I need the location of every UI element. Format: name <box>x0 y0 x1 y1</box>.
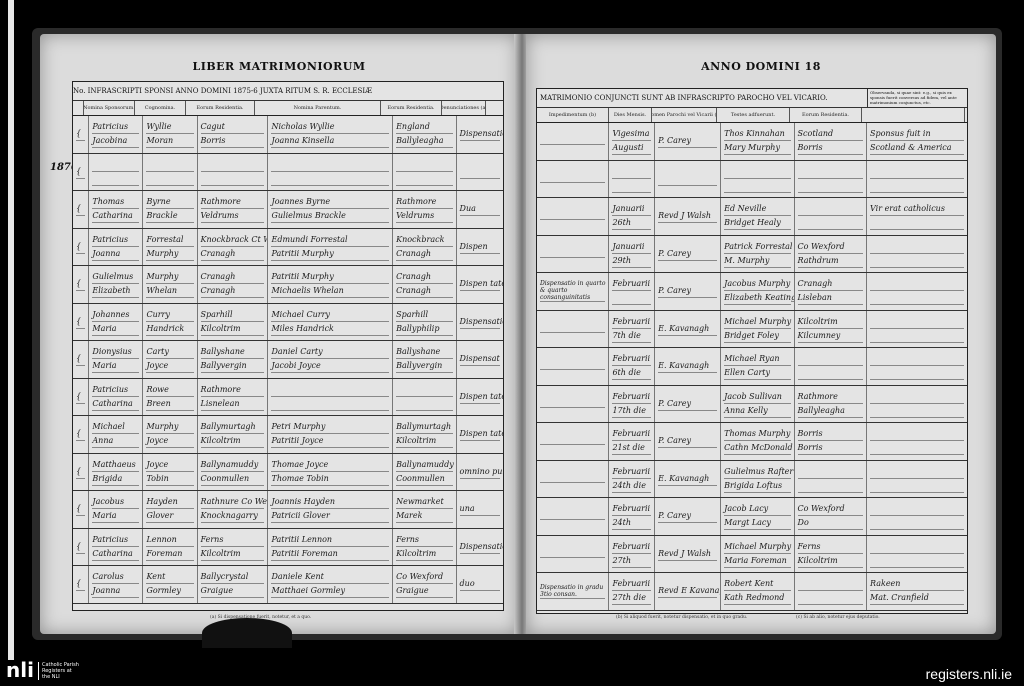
witnesses: Thomas MurphyCathn McDonald <box>721 423 794 460</box>
witness-residence: ScotlandBorris <box>795 123 867 160</box>
right-banner: MATRIMONIO CONJUNCTI SUNT AB INFRASCRIPT… <box>537 89 967 108</box>
parent-names: Nicholas WyllieJoanna Kinsella <box>268 116 393 153</box>
table-row <box>537 161 967 199</box>
spouse-residence: BallycrystalGraigue <box>198 566 269 603</box>
spouse-names: MatthaeusBrigida <box>89 454 143 491</box>
spouse-residence: CagutBorris <box>198 116 269 153</box>
priest-name: P. Carey <box>655 423 721 460</box>
row-brace: { <box>73 454 89 491</box>
right-page: ANNO DOMINI 18 MATRIMONIO CONJUNCTI SUNT… <box>526 34 996 634</box>
witness-residence <box>795 198 867 235</box>
spouse-surnames: HaydenGlover <box>143 491 197 528</box>
table-row: {DionysiusMariaCartyJoyceBallyshaneBally… <box>73 341 503 379</box>
col-header: Nomen Parochi vel Vicarii (c) <box>652 108 717 122</box>
spouse-names: PatriciusJoanna <box>89 229 143 266</box>
spouse-residence: CranaghCranagh <box>198 266 269 303</box>
impediment <box>537 236 609 273</box>
priest-name: Revd J Walsh <box>655 198 721 235</box>
register-book-scan[interactable]: LIBER MATRIMONIORUM 1876 No. INFRASCRIPT… <box>32 28 1002 640</box>
marriage-date: Februarii24th <box>609 498 655 535</box>
priest-name: E. Kavanagh <box>655 461 721 498</box>
banns: Dispen tato <box>457 266 503 303</box>
marriage-date: Februarii24th die <box>609 461 655 498</box>
nli-logo[interactable]: nli Catholic Parish Registers at the NLI <box>6 660 79 680</box>
banns: Dispen <box>457 229 503 266</box>
witness-residence <box>795 573 867 610</box>
priest-name: P. Carey <box>655 236 721 273</box>
spouse-names: DionysiusMaria <box>89 341 143 378</box>
marriage-table-right: MATRIMONIO CONJUNCTI SUNT AB INFRASCRIPT… <box>536 88 968 614</box>
right-footnote-b: (b) Si aliquod fuerit, notetur dispensat… <box>616 615 747 620</box>
witnesses: Robert KentKath Redmond <box>721 573 794 610</box>
witnesses: Jacob SullivanAnna Kelly <box>721 386 794 423</box>
marriage-date: Januarii26th <box>609 198 655 235</box>
witness-residence <box>795 348 867 385</box>
page-shadow <box>202 618 292 648</box>
left-column-headers: Nomina Sponsorum. Cognomina. Eorum Resid… <box>73 101 503 116</box>
table-row: {MichaelAnnaMurphyJoyceBallymurtaghKilco… <box>73 416 503 454</box>
row-brace: { <box>73 566 89 603</box>
spouse-names: JacobusMaria <box>89 491 143 528</box>
spouse-surnames: RoweBreen <box>143 379 197 416</box>
col-header: Impedimentum (b) <box>537 108 609 122</box>
register-viewer: LIBER MATRIMONIORUM 1876 No. INFRASCRIPT… <box>0 0 1024 686</box>
witnesses: Michael MurphyBridget Foley <box>721 311 794 348</box>
witness-residence <box>795 461 867 498</box>
marriage-date: VigesimaAugusti <box>609 123 655 160</box>
impediment <box>537 161 609 198</box>
registers-site-link[interactable]: registers.nli.ie <box>926 666 1012 682</box>
observations: RakeenMat. Cranfield <box>867 573 967 610</box>
parent-residence: NewmarketMarek <box>393 491 456 528</box>
spouse-names: ThomasCatharina <box>89 191 143 228</box>
spouse-names: JohannesMaria <box>89 304 143 341</box>
spouse-residence: RathmoreLisnelean <box>198 379 269 416</box>
priest-name: E. Kavanagh <box>655 311 721 348</box>
parent-residence: SparhillBallyphilip <box>393 304 456 341</box>
priest-name <box>655 161 721 198</box>
spouse-names: PatriciusCatharina <box>89 379 143 416</box>
spouse-names: CarolusJoanna <box>89 566 143 603</box>
impediment <box>537 536 609 573</box>
right-column-headers: Impedimentum (b) Dies Mensis. Nomen Paro… <box>537 108 967 123</box>
parent-residence: RathmoreVeldrums <box>393 191 456 228</box>
marriage-date: Februarii27th die <box>609 573 655 610</box>
witnesses: Thos KinnahanMary Murphy <box>721 123 794 160</box>
parent-residence: FernsKilcoltrim <box>393 529 456 566</box>
table-row: Februarii24thP. CareyJacob LacyMargt Lac… <box>537 498 967 536</box>
spouse-residence: BallymurtaghKilcoltrim <box>198 416 269 453</box>
banns: Dispensatio tres Banna <box>457 116 503 153</box>
spouse-names: PatriciusCatharina <box>89 529 143 566</box>
table-row: { <box>73 154 503 192</box>
spouse-names: PatriciusJacobina <box>89 116 143 153</box>
col-header: Eorum Residentia. <box>186 101 255 115</box>
witness-residence <box>795 161 867 198</box>
parent-names: Daniele KentMatthaei Gormley <box>268 566 393 603</box>
observations <box>867 461 967 498</box>
impediment <box>537 498 609 535</box>
spouse-residence: SparhillKilcoltrim <box>198 304 269 341</box>
banns: duo <box>457 566 503 603</box>
table-row: Februarii24th dieE. KavanaghGulielmus Ra… <box>537 461 967 499</box>
observations <box>867 273 967 310</box>
impediment <box>537 461 609 498</box>
parent-residence: BallynamuddyCoonmullen <box>393 454 456 491</box>
priest-name: P. Carey <box>655 273 721 310</box>
banns: Dispen tato <box>457 379 503 416</box>
left-page: LIBER MATRIMONIORUM 1876 No. INFRASCRIPT… <box>40 34 518 634</box>
banns: Dispensatio <box>457 529 503 566</box>
table-row: Februarii6th dieE. KavanaghMichael RyanE… <box>537 348 967 386</box>
right-banner-text: MATRIMONIO CONJUNCTI SUNT AB INFRASCRIPT… <box>537 94 867 102</box>
impediment <box>537 198 609 235</box>
observations <box>867 498 967 535</box>
parent-residence <box>393 154 456 191</box>
impediment <box>537 423 609 460</box>
table-row: {PatriciusJacobinaWyllieMoranCagutBorris… <box>73 116 503 154</box>
parent-names: Michael CurryMiles Handrick <box>268 304 393 341</box>
parent-residence: Co WexfordGraigue <box>393 566 456 603</box>
col-header: Testes adfuerunt. <box>717 108 790 122</box>
spouse-surnames: KentGormley <box>143 566 197 603</box>
table-row: {PatriciusCatharinaLennonForemanFernsKil… <box>73 529 503 567</box>
witnesses: Patrick ForrestalM. Murphy <box>721 236 794 273</box>
observations <box>867 311 967 348</box>
table-row: Februarii17th dieP. CareyJacob SullivanA… <box>537 386 967 424</box>
parent-residence: BallymurtaghKilcoltrim <box>393 416 456 453</box>
col-header: Eorum Residentia. <box>381 101 442 115</box>
table-row: VigesimaAugustiP. CareyThos KinnahanMary… <box>537 123 967 161</box>
parent-names: Petri MurphyPatritii Joyce <box>268 416 393 453</box>
row-brace: { <box>73 416 89 453</box>
banns: Dua <box>457 191 503 228</box>
parent-names <box>268 154 393 191</box>
priest-name: E. Kavanagh <box>655 348 721 385</box>
col-header: Denunciationes (a) <box>442 101 486 115</box>
banns <box>457 154 503 191</box>
spouse-residence: Knockbrack Ct WexfordCranagh <box>198 229 269 266</box>
impediment: Dispensatio in gradu 3tio consan. <box>537 573 609 610</box>
observations: Sponsus fuit inScotland & America <box>867 123 967 160</box>
parent-residence: BallyshaneBallyvergin <box>393 341 456 378</box>
col-header: Dies Mensis. <box>609 108 652 122</box>
witness-residence: BorrisBorris <box>795 423 867 460</box>
col-header: Nomina Sponsorum. <box>84 101 135 115</box>
impediment <box>537 311 609 348</box>
left-banner: No. INFRASCRIPTI SPONSI ANNO DOMINI 1875… <box>73 82 503 101</box>
spouse-surnames: ByrneBrackle <box>143 191 197 228</box>
row-brace: { <box>73 529 89 566</box>
spouse-residence: Rathnure Co WexKnocknagarry <box>198 491 269 528</box>
right-rows: VigesimaAugustiP. CareyThos KinnahanMary… <box>537 123 967 611</box>
marriage-date <box>609 161 655 198</box>
table-row: Januarii26thRevd J WalshEd NevilleBridge… <box>537 198 967 236</box>
observations <box>867 536 967 573</box>
spouse-surnames: MurphyJoyce <box>143 416 197 453</box>
spouse-names: MichaelAnna <box>89 416 143 453</box>
impediment <box>537 348 609 385</box>
banns: Dispensatione <box>457 304 503 341</box>
witness-residence: CranaghLisleban <box>795 273 867 310</box>
spouse-residence: BallyshaneBallyvergin <box>198 341 269 378</box>
table-row: Februarii27thRevd J WalshMichael MurphyM… <box>537 536 967 574</box>
observations <box>867 386 967 423</box>
spouse-names <box>89 154 143 191</box>
witness-residence: FernsKilcoltrim <box>795 536 867 573</box>
marriage-date: Februarii27th <box>609 536 655 573</box>
parent-names: Patritii MurphyMichaelis Whelan <box>268 266 393 303</box>
table-row: Dispensatio in quarto & quarto consangui… <box>537 273 967 311</box>
col-header: Cognomina. <box>135 101 186 115</box>
table-row: {CarolusJoannaKentGormleyBallycrystalGra… <box>73 566 503 604</box>
impediment: Dispensatio in quarto & quarto consangui… <box>537 273 609 310</box>
left-page-title: LIBER MATRIMONIORUM <box>40 60 518 73</box>
row-brace: { <box>73 154 89 191</box>
priest-name: P. Carey <box>655 498 721 535</box>
marriage-date: Februarii7th die <box>609 311 655 348</box>
banns: una <box>457 491 503 528</box>
priest-name: P. Carey <box>655 123 721 160</box>
left-rows: {PatriciusJacobinaWyllieMoranCagutBorris… <box>73 116 503 604</box>
table-row: Februarii21st dieP. CareyThomas MurphyCa… <box>537 423 967 461</box>
spouse-names: GulielmusElizabeth <box>89 266 143 303</box>
marriage-date: Februarii6th die <box>609 348 655 385</box>
row-brace: { <box>73 379 89 416</box>
viewer-edge-bar <box>8 0 14 660</box>
row-brace: { <box>73 191 89 228</box>
marriage-date: Februarii17th die <box>609 386 655 423</box>
right-page-title: ANNO DOMINI 18 <box>526 60 996 73</box>
parent-names: Joannis HaydenPatricii Glover <box>268 491 393 528</box>
table-row: {GulielmusElizabethMurphyWhelanCranaghCr… <box>73 266 503 304</box>
col-header: Nomina Parentum. <box>255 101 381 115</box>
priest-name: Revd J Walsh <box>655 536 721 573</box>
spouse-residence: FernsKilcoltrim <box>198 529 269 566</box>
parent-names: Thomae JoyceThomae Tobin <box>268 454 393 491</box>
marriage-date: Februarii <box>609 273 655 310</box>
witness-residence: Co WexfordRathdrum <box>795 236 867 273</box>
priest-name: Revd E Kavanagh <box>655 573 721 610</box>
table-row: {ThomasCatharinaByrneBrackleRathmoreVeld… <box>73 191 503 229</box>
parent-residence: KnockbrackCranagh <box>393 229 456 266</box>
row-brace: { <box>73 304 89 341</box>
parent-names: Patritii LennonPatritii Foreman <box>268 529 393 566</box>
observations: Vir erat catholicus <box>867 198 967 235</box>
parent-names: Daniel CartyJacobi Joyce <box>268 341 393 378</box>
witnesses <box>721 161 794 198</box>
parent-names: Edmundi ForrestalPatritii Murphy <box>268 229 393 266</box>
banns: Dispen tato <box>457 416 503 453</box>
spouse-surnames: CurryHandrick <box>143 304 197 341</box>
table-row: Dispensatio in gradu 3tio consan.Februar… <box>537 573 967 611</box>
parent-names <box>268 379 393 416</box>
row-brace: { <box>73 116 89 153</box>
marriage-date: Januarii29th <box>609 236 655 273</box>
table-row: {MatthaeusBrigidaJoyceTobinBallynamuddyC… <box>73 454 503 492</box>
spouse-surnames <box>143 154 197 191</box>
row-brace: { <box>73 229 89 266</box>
banns: Dispensat <box>457 341 503 378</box>
observations <box>867 236 967 273</box>
spouse-surnames: JoyceTobin <box>143 454 197 491</box>
spouse-surnames: LennonForeman <box>143 529 197 566</box>
witnesses: Gulielmus RafterBrigida Loftus <box>721 461 794 498</box>
nli-logo-text: Catholic Parish Registers at the NLI <box>38 662 79 680</box>
parent-residence <box>393 379 456 416</box>
table-row: Januarii29thP. CareyPatrick ForrestalM. … <box>537 236 967 274</box>
table-row: {JohannesMariaCurryHandrickSparhillKilco… <box>73 304 503 342</box>
parent-names: Joannes ByrneGulielmus Brackle <box>268 191 393 228</box>
table-row: {PatriciusJoannaForrestalMurphyKnockbrac… <box>73 229 503 267</box>
nli-logo-mark: nli <box>6 660 34 680</box>
table-row: {JacobusMariaHaydenGloverRathnure Co Wex… <box>73 491 503 529</box>
witnesses: Jacob LacyMargt Lacy <box>721 498 794 535</box>
spouse-residence <box>198 154 269 191</box>
priest-name: P. Carey <box>655 386 721 423</box>
spouse-surnames: CartyJoyce <box>143 341 197 378</box>
parent-residence: CranaghCranagh <box>393 266 456 303</box>
marriage-date: Februarii21st die <box>609 423 655 460</box>
observations <box>867 423 967 460</box>
right-footnote-c: (c) Si ab alio, notetur ejus deputatio. <box>796 615 880 620</box>
witness-residence: KilcoltrimKilcumney <box>795 311 867 348</box>
observations <box>867 348 967 385</box>
row-brace: { <box>73 341 89 378</box>
table-row: {PatriciusCatharinaRoweBreenRathmoreLisn… <box>73 379 503 417</box>
row-brace: { <box>73 266 89 303</box>
witnesses: Jacobus MurphyElizabeth Keating <box>721 273 794 310</box>
observations-header: Observanda, si quae sint: e.g., si quis … <box>867 89 967 107</box>
spouse-residence: RathmoreVeldrums <box>198 191 269 228</box>
spouse-surnames: WyllieMoran <box>143 116 197 153</box>
row-brace: { <box>73 491 89 528</box>
marriage-table-left: No. INFRASCRIPTI SPONSI ANNO DOMINI 1875… <box>72 81 504 611</box>
witness-residence: RathmoreBallyleagha <box>795 386 867 423</box>
parent-residence: EnglandBallyleagha <box>393 116 456 153</box>
table-row: Februarii7th dieE. KavanaghMichael Murph… <box>537 311 967 349</box>
witnesses: Michael RyanEllen Carty <box>721 348 794 385</box>
witnesses: Ed NevilleBridget Healy <box>721 198 794 235</box>
witness-residence: Co WexfordDo <box>795 498 867 535</box>
impediment <box>537 123 609 160</box>
observations <box>867 161 967 198</box>
spouse-surnames: ForrestalMurphy <box>143 229 197 266</box>
banns: omnino publicatis <box>457 454 503 491</box>
col-header: Eorum Residentia. <box>790 108 862 122</box>
spouse-surnames: MurphyWhelan <box>143 266 197 303</box>
witnesses: Michael MurphyMaria Foreman <box>721 536 794 573</box>
impediment <box>537 386 609 423</box>
spouse-residence: BallynamuddyCoonmullen <box>198 454 269 491</box>
